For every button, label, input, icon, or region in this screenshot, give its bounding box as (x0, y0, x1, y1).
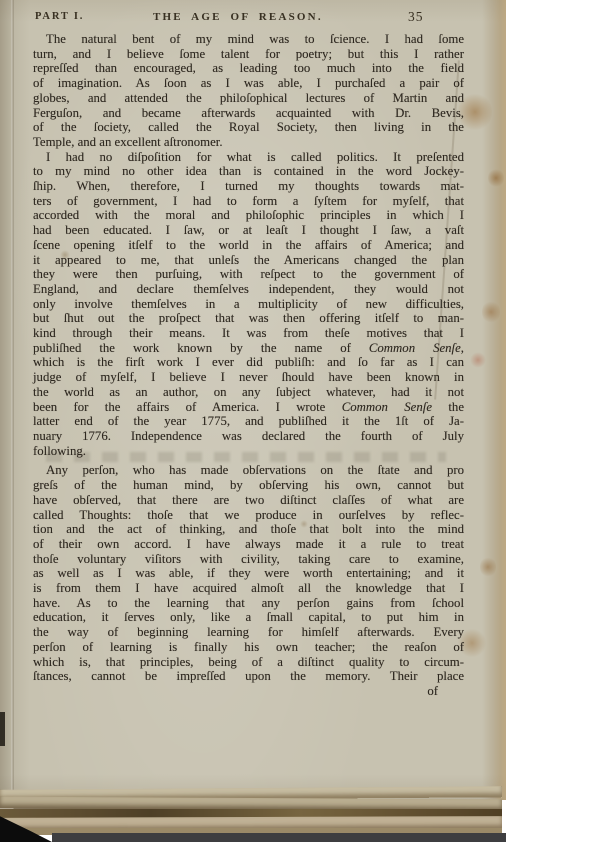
foxing-stain (488, 168, 504, 188)
text-line: they were then purſuing, with reſpect to… (33, 267, 464, 282)
foxing-stain (470, 352, 486, 368)
text-line: Ferguſon, and became afterwards acquaint… (33, 106, 464, 121)
binding-shadow (0, 712, 5, 746)
paragraph: The natural bent of my mind was to ſcien… (33, 32, 464, 150)
text-line: ſcene opening itſelf to the world in the… (33, 238, 464, 253)
text-line: perſon of learning is finally his own te… (33, 640, 464, 655)
text-line: publiſhed the work known by the name of … (33, 341, 464, 356)
book-page-scan: PART I. THE AGE OF REASON. 35 The natura… (0, 0, 506, 800)
text-line: the way of beginning learning for himſel… (33, 625, 464, 640)
foxing-stain (480, 556, 496, 578)
text-line: have. As to the learning that any perſon… (33, 596, 464, 611)
text-line: tion and the act of thinking, and thoſe … (33, 522, 464, 537)
foxing-stain (482, 300, 500, 324)
body-text: The natural bent of my mind was to ſcien… (33, 32, 464, 699)
part-label: PART I. (35, 11, 84, 22)
text-line: the world as an author, on any ſubject w… (33, 385, 464, 400)
running-title: THE AGE OF REASON. (153, 11, 323, 23)
text-line: latter end of the year 1775, and publiſh… (33, 414, 464, 429)
text-line: Any perſon, who has made obſervations on… (33, 463, 464, 478)
text-line: it appeared to me, that unleſs the Ameri… (33, 253, 464, 268)
text-line: been for the affairs of America. I wrote… (33, 400, 464, 415)
text-line: had been educated. I ſaw, or at leaſt I … (33, 223, 464, 238)
catchword: of (33, 684, 464, 699)
paragraph: I had no diſpoſition for what is called … (33, 150, 464, 459)
text-line: kind through their means. It was from th… (33, 326, 464, 341)
text-line: which is the firſt work I ever did publi… (33, 355, 464, 370)
gutter-crease (11, 0, 14, 800)
paragraph: Any perſon, who has made obſervations on… (33, 463, 464, 684)
text-line: only involve themſelves in a multiplicit… (33, 297, 464, 312)
text-line: accorded with the moral and philoſophic … (33, 208, 464, 223)
text-line: globes, and attended the philoſophical l… (33, 91, 464, 106)
text-line: repreſſed than encouraged, as leading to… (33, 61, 464, 76)
text-line: as well as I was able, if they were wort… (33, 566, 464, 581)
text-line: ſtances, cannot be impreſſed upon the me… (33, 669, 464, 684)
text-line: of imagination. As ſoon as I was able, I… (33, 76, 464, 91)
text-line: ſhip. When, therefore, I turned my thoug… (33, 179, 464, 194)
text-line: to my mind no other idea than is contain… (33, 164, 464, 179)
text-line: of their own accord. I have always made … (33, 537, 464, 552)
running-header: PART I. THE AGE OF REASON. 35 (0, 9, 506, 25)
text-line: Temple, and an excellent aſtronomer. (33, 135, 464, 150)
text-line: judge of myſelf, I believe I never ſhoul… (33, 370, 464, 385)
text-line: is from them I have acquired almoſt all … (33, 581, 464, 596)
text-line: of the ſociety, called the Royal Society… (33, 120, 464, 135)
scanner-background: PART I. THE AGE OF REASON. 35 The natura… (0, 0, 595, 842)
text-line: following. (33, 444, 464, 459)
scanner-bed-strip (52, 833, 506, 842)
text-line: have obſerved, that there are two diſtin… (33, 493, 464, 508)
text-line: The natural bent of my mind was to ſcien… (33, 32, 464, 47)
text-line: turn, and I believe ſome talent for poet… (33, 47, 464, 62)
text-line: nuary 1776. Independence was declared th… (33, 429, 464, 444)
text-line: called Thoughts: thoſe that we produce i… (33, 508, 464, 523)
page-number: 35 (408, 9, 424, 25)
text-line: thoſe voluntary viſitors with civility, … (33, 552, 464, 567)
text-line: but ſhut out the proſpect that was then … (33, 311, 464, 326)
text-line: England, and declare themſelves independ… (33, 282, 464, 297)
text-line: education, it ſerves only, like a ſmall … (33, 610, 464, 625)
text-line: which is, that principles, being of a di… (33, 655, 464, 670)
text-line: I had no diſpoſition for what is called … (33, 150, 464, 165)
text-line: ters of government, I had to form a ſyſt… (33, 194, 464, 209)
text-line: greſs of the human mind, by obſerving hi… (33, 478, 464, 493)
